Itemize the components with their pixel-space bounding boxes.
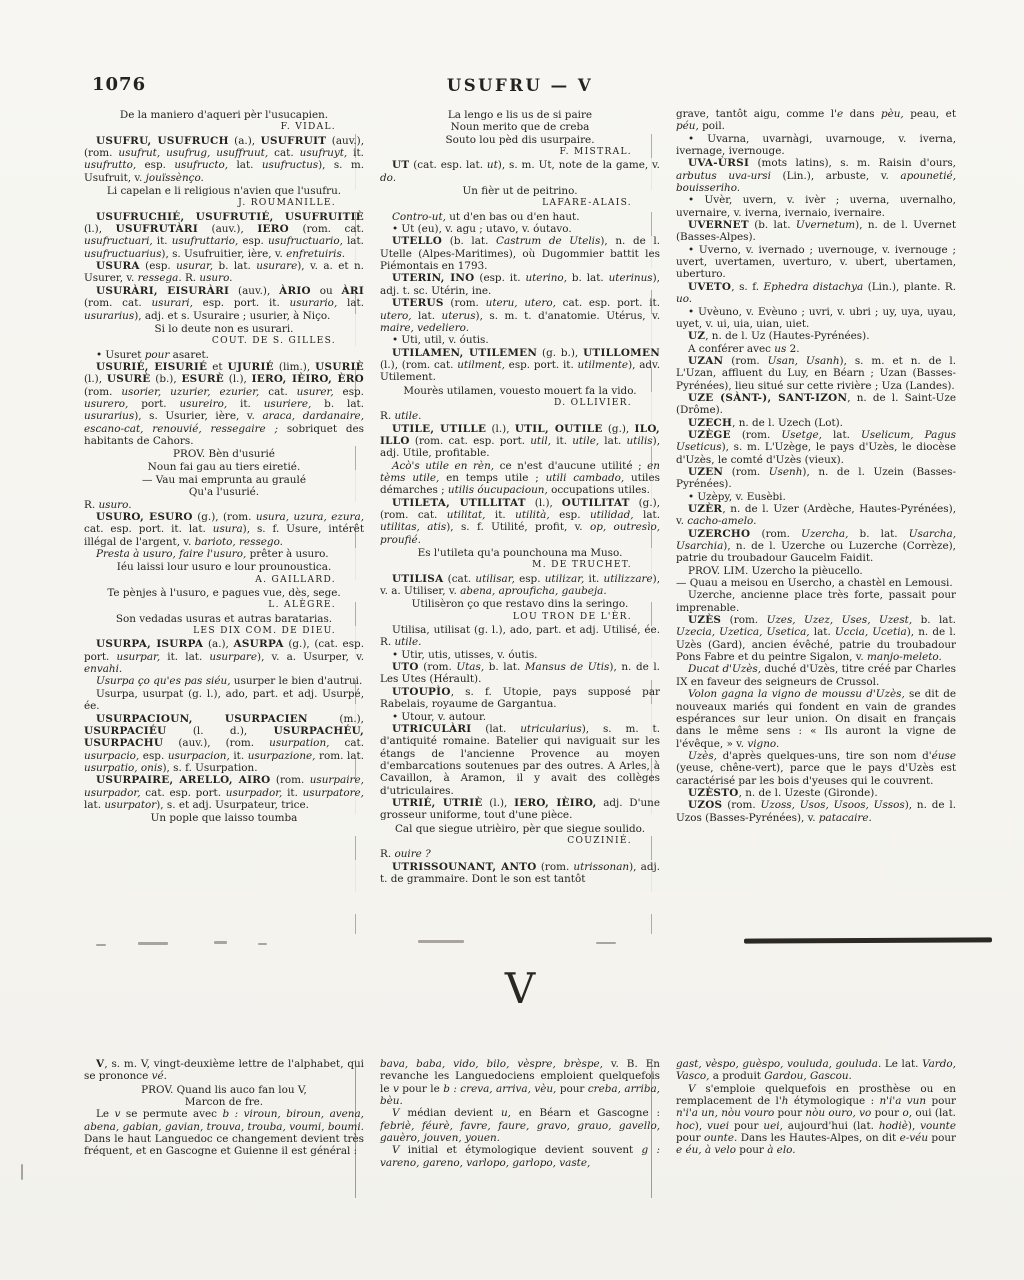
dictionary-paragraph: UZERCHO (rom. Uzercha, b. lat. Usarcha, … <box>676 528 956 565</box>
dictionary-paragraph: V s'emploie quelquefois en prosthèse ou … <box>676 1083 956 1157</box>
dictionary-paragraph: Un fièr ut de peitrino. <box>380 185 660 197</box>
dictionary-paragraph: • Uvarna, uvarnàgi, uvarnouge, v. iverna… <box>676 133 956 158</box>
dictionary-paragraph: grave, tantôt aigu, comme l'e dans pèu, … <box>676 108 956 133</box>
dictionary-paragraph: USURIÉ, EISURIÉ et UJURIÉ (lim.), USURIÈ… <box>84 361 364 447</box>
dictionary-paragraph: bava, baba, vido, bilo, vèspre, brèspe, … <box>380 1058 660 1107</box>
dictionary-paragraph: L. ALÈGRE. <box>84 599 364 611</box>
dictionary-paragraph: UZOS (rom. Uzoss, Usos, Usoos, Ussos), n… <box>676 799 956 824</box>
column-divider <box>651 112 652 934</box>
dictionary-paragraph: • Uvèuno, v. Evèuno ; uvri, v. ubri ; uy… <box>676 306 956 331</box>
bottom-column-2: bava, baba, vido, bilo, vèspre, brèspe, … <box>380 1058 660 1210</box>
dictionary-paragraph: A conférer avec us 2. <box>676 343 956 355</box>
dictionary-paragraph: Utilisa, utilisat (g. l.), ado, part. et… <box>380 624 660 649</box>
dictionary-paragraph: Li capelan e li religious n'avien que l'… <box>84 185 364 197</box>
scan-artifact <box>138 942 168 945</box>
scan-artifact <box>258 943 267 945</box>
scan-artifact <box>96 944 106 946</box>
dictionary-paragraph: Ducat d'Uzès, duché d'Uzès, titre créé p… <box>676 663 956 688</box>
dictionary-paragraph: USURPAIRE, ARELLO, AIRO (rom. usurpaire,… <box>84 774 364 811</box>
dictionary-paragraph: • Uverno, v. ivernado ; uvernouge, v. iv… <box>676 244 956 281</box>
dictionary-paragraph: LES DIX COM. DE DIEU. <box>84 625 364 637</box>
dictionary-paragraph: PROV. LIM. Uzercho la pièucello. <box>676 565 956 577</box>
dictionary-paragraph: USURO, ESURO (g.), (rom. usura, uzura, e… <box>84 511 364 548</box>
dictionary-paragraph: USURÀRI, EISURÀRI (auv.), ÀRIO ou ÀRI (r… <box>84 285 364 322</box>
dictionary-paragraph: UZ, n. de l. Uz (Hautes-Pyrénées). <box>676 330 956 342</box>
dictionary-paragraph: La lengo e lis us de si paire Noun merit… <box>380 109 660 146</box>
dictionary-paragraph: V, s. m. V, vingt-deuxième lettre de l'a… <box>84 1058 364 1083</box>
dictionary-paragraph: Le v se permute avec b : viroun, biroun,… <box>84 1108 364 1157</box>
dictionary-paragraph: Utilisèron ço que restavo dins la sering… <box>380 598 660 610</box>
dictionary-paragraph: COUZINIÉ. <box>380 835 660 847</box>
dictionary-paragraph: UVETO, s. f. Ephedra distachya (Lin.), p… <box>676 281 956 306</box>
dictionary-page-scan: 1076 USUFRU — V De la maniero d'aqueri p… <box>0 0 1024 1280</box>
dictionary-paragraph: A. GAILLARD. <box>84 574 364 586</box>
text-column-3: grave, tantôt aigu, comme l'e dans pèu, … <box>676 108 956 938</box>
dictionary-paragraph: UZECH, n. de l. Uzech (Lot). <box>676 417 956 429</box>
dictionary-paragraph: F. VIDAL. <box>84 121 364 133</box>
dictionary-paragraph: LOU TRON DE L'ÈR. <box>380 611 660 623</box>
dictionary-paragraph: UZÈR, n. de l. Uzer (Ardèche, Hautes-Pyr… <box>676 503 956 528</box>
dictionary-paragraph: UZÈSTO, n. de l. Uzeste (Gironde). <box>676 787 956 799</box>
dictionary-paragraph: UTERIN, INO (esp. it. uterino, b. lat. u… <box>380 272 660 297</box>
column-divider <box>355 1060 356 1198</box>
scan-artifact <box>596 942 616 944</box>
dictionary-paragraph: UTILISA (cat. utilisar, esp. utilizar, i… <box>380 573 660 598</box>
dictionary-paragraph: UZAN (rom. Usan, Usanh), s. m. et n. de … <box>676 355 956 392</box>
column-divider <box>651 1060 652 1198</box>
scan-artifact-bar <box>744 937 992 943</box>
dictionary-paragraph: • Ut (eu), v. agu ; utavo, v. óutavo. <box>380 223 660 235</box>
bottom-column-1: V, s. m. V, vingt-deuxième lettre de l'a… <box>84 1058 364 1210</box>
dictionary-paragraph: Uzès, d'après quelques-uns, tire son nom… <box>676 750 956 787</box>
section-letter-v: V <box>84 966 956 1012</box>
dictionary-paragraph: Te pènjes à l'usuro, e pagues vue, dès, … <box>84 587 364 599</box>
dictionary-paragraph: USUFRU, USUFRUCH (a.), USUFRUIT (auv.), … <box>84 135 364 184</box>
dictionary-paragraph: UTOUPÌO, s. f. Utopie, pays supposé par … <box>380 686 660 711</box>
dictionary-paragraph: UZÈS (rom. Uzes, Uzez, Uses, Uzest, b. l… <box>676 614 956 663</box>
dictionary-paragraph: M. DE TRUCHET. <box>380 559 660 571</box>
dictionary-paragraph: UTILE, UTILLE (l.), UTIL, OUTILE (g.), I… <box>380 423 660 460</box>
dictionary-paragraph: Iéu laissi lour usuro e lour prounoustic… <box>84 561 364 573</box>
bottom-text-area: V, s. m. V, vingt-deuxième lettre de l'a… <box>84 1058 956 1210</box>
dictionary-paragraph: Acò's utile en rèn, ce n'est d'aucune ut… <box>380 460 660 497</box>
scan-artifact <box>418 940 464 943</box>
dictionary-paragraph: COUT. DE S. GILLES. <box>84 335 364 347</box>
dictionary-paragraph: • Utir, utis, utisses, v. óutis. <box>380 649 660 661</box>
dictionary-paragraph: R. utile. <box>380 410 660 422</box>
dictionary-paragraph: UTILETA, UTILLITAT (l.), OUTILITAT (g.),… <box>380 497 660 546</box>
dictionary-paragraph: UTRISSOUNANT, ANTO (rom. utrissonan), ad… <box>380 861 660 886</box>
text-column-1: De la maniero d'aqueri pèr l'usucapien.F… <box>84 108 364 938</box>
dictionary-paragraph: • Utour, v. autour. <box>380 711 660 723</box>
dictionary-paragraph: UTRIÉ, UTRIÈ (l.), IERO, IÈIRO, adj. D'u… <box>380 797 660 822</box>
dictionary-paragraph: USURPA, ISURPA (a.), ASURPA (g.), (cat. … <box>84 638 364 675</box>
dictionary-paragraph: UZE (SÀNT-), SANT-IZON, n. de l. Saint-U… <box>676 392 956 417</box>
dictionary-paragraph: — Vau mai emprunta au graulé Qu'a l'usur… <box>84 474 364 499</box>
dictionary-paragraph: Usurpa ço qu'es pas siéu, usurper le bie… <box>84 675 364 687</box>
bottom-column-3: gast, vèspo, guèspo, vouluda, gouluda. L… <box>676 1058 956 1210</box>
dictionary-paragraph: Si lo deute non es usurari. <box>84 323 364 335</box>
dictionary-paragraph: LAFARE-ALAIS. <box>380 197 660 209</box>
dictionary-paragraph: UVERNET (b. lat. Uvernetum), n. de l. Uv… <box>676 219 956 244</box>
dictionary-paragraph: Un pople que laisso toumba <box>84 812 364 824</box>
dictionary-paragraph: R. ouire ? <box>380 848 660 860</box>
dictionary-paragraph: Uzerche, ancienne place très forte, pass… <box>676 589 956 614</box>
dictionary-paragraph: • Uvèr, uvern, v. ivèr ; uverna, uvernal… <box>676 194 956 219</box>
dictionary-paragraph: Cal que siegue utrièiro, pèr que siegue … <box>380 823 660 835</box>
dictionary-paragraph: D. OLLIVIER. <box>380 397 660 409</box>
dictionary-paragraph: V initial et étymologique devient souven… <box>380 1144 660 1169</box>
dictionary-paragraph: UTILAMEN, UTILEMEN (g. b.), UTILLOMEN (l… <box>380 347 660 384</box>
dictionary-paragraph: • Uti, util, v. óutis. <box>380 334 660 346</box>
scan-artifact <box>214 941 227 944</box>
dictionary-paragraph: J. ROUMANILLE. <box>84 197 364 209</box>
dictionary-paragraph: — Quau a meisou en Usercho, a chastèl en… <box>676 577 956 589</box>
dictionary-paragraph: UZEN (rom. Usenh), n. de l. Uzein (Basse… <box>676 466 956 491</box>
dictionary-paragraph: UT (cat. esp. lat. ut), s. m. Ut, note d… <box>380 159 660 184</box>
dictionary-paragraph: F. MISTRAL. <box>380 146 660 158</box>
dictionary-paragraph: Contro-ut, ut d'en bas ou d'en haut. <box>380 211 660 223</box>
dictionary-paragraph: UTERUS (rom. uteru, utero, cat. esp. por… <box>380 297 660 334</box>
text-column-2: La lengo e lis us de si paire Noun merit… <box>380 108 660 938</box>
scan-artifact <box>21 1164 23 1180</box>
dictionary-paragraph: R. usuro. <box>84 499 364 511</box>
running-header: USUFRU — V <box>84 76 956 95</box>
dictionary-paragraph: De la maniero d'aqueri pèr l'usucapien. <box>84 109 364 121</box>
dictionary-paragraph: UTELLO (b. lat. Castrum de Utelis), n. d… <box>380 235 660 272</box>
dictionary-paragraph: UTO (rom. Utas, b. lat. Mansus de Utis),… <box>380 661 660 686</box>
dictionary-paragraph: Volon gagna la vigno de moussu d'Uzès, s… <box>676 688 956 750</box>
dictionary-paragraph: USURPACIOUN, USURPACIEN (m.), USURPACIÉU… <box>84 713 364 775</box>
dictionary-paragraph: Son vedadas usuras et autras baratarias. <box>84 613 364 625</box>
dictionary-paragraph: gast, vèspo, guèspo, vouluda, gouluda. L… <box>676 1058 956 1083</box>
dictionary-paragraph: USURA (esp. usurar, b. lat. usurare), v.… <box>84 260 364 285</box>
dictionary-paragraph: PROV. Quand lis auco fan lou V, Marcon d… <box>84 1084 364 1109</box>
dictionary-paragraph: Mourès utilamen, vouesto mouert fa la vi… <box>380 385 660 397</box>
main-text-area: De la maniero d'aqueri pèr l'usucapien.F… <box>84 108 956 938</box>
dictionary-paragraph: PROV. Bèn d'usurié Noun fai gau au tiers… <box>84 448 364 473</box>
dictionary-paragraph: USUFRUCHIÉ, USUFRUTIÉ, USUFRUITIÈ (l.), … <box>84 211 364 260</box>
dictionary-paragraph: Presta à usuro, faire l'usuro, prêter à … <box>84 548 364 560</box>
dictionary-paragraph: Es l'utileta qu'a pounchouna ma Muso. <box>380 547 660 559</box>
column-divider <box>355 112 356 934</box>
dictionary-paragraph: Usurpa, usurpat (g. l.), ado, part. et a… <box>84 688 364 713</box>
dictionary-paragraph: • Uzèpy, v. Eusèbi. <box>676 491 956 503</box>
dictionary-paragraph: UTRICULÀRI (lat. utricularius), s. m. t.… <box>380 723 660 797</box>
dictionary-paragraph: UZÈGE (rom. Usetge, lat. Uselicum, Pagus… <box>676 429 956 466</box>
dictionary-paragraph: UVA-ÙRSI (mots latins), s. m. Raisin d'o… <box>676 157 956 194</box>
dictionary-paragraph: V médian devient u, en Béarn et Gascogne… <box>380 1107 660 1144</box>
dictionary-paragraph: • Usuret pour asaret. <box>84 349 364 361</box>
